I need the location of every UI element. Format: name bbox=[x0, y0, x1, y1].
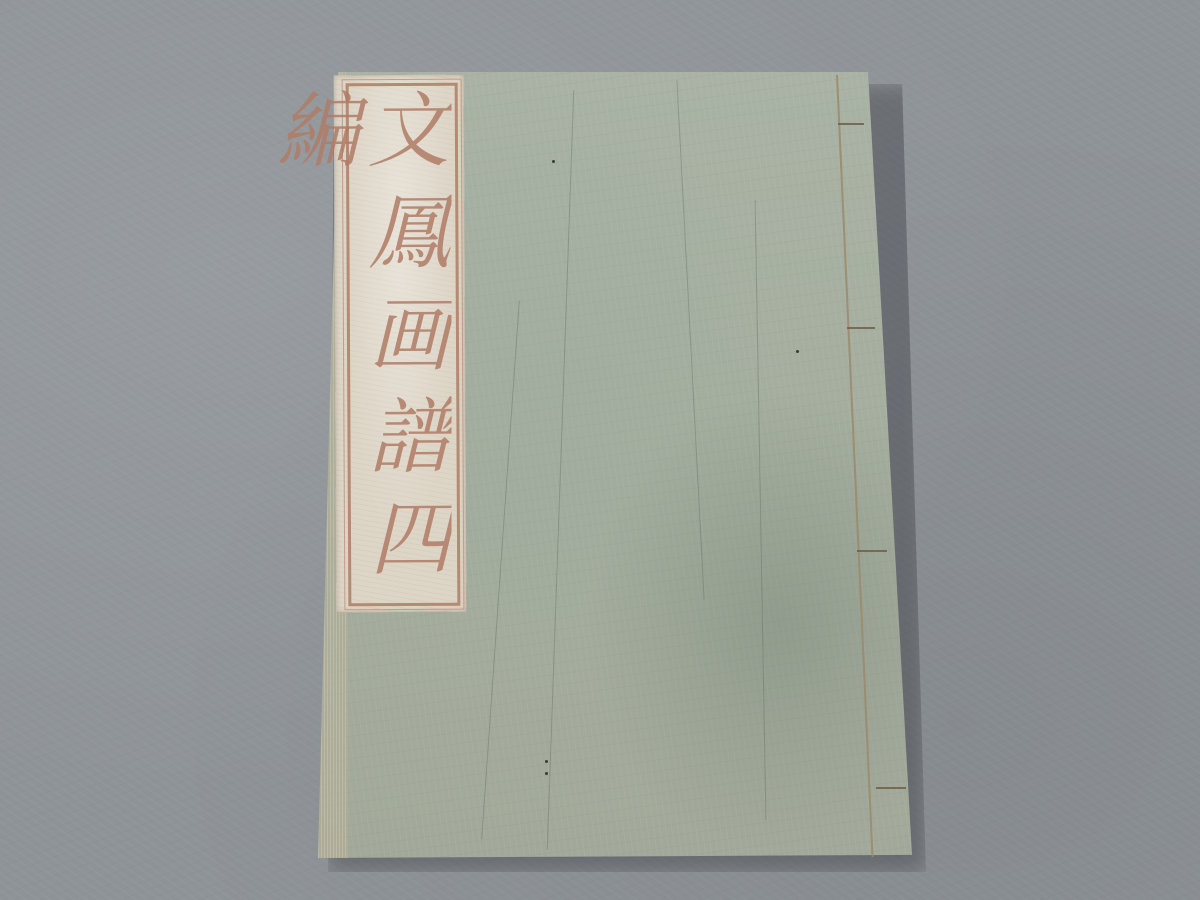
cover-speck bbox=[545, 760, 548, 763]
book-title: 文鳳画譜四編 bbox=[356, 87, 449, 612]
binding-stitch bbox=[876, 787, 906, 789]
cover-speck bbox=[796, 350, 799, 353]
cover-speck bbox=[545, 772, 548, 775]
title-slip: 文鳳画譜四編 bbox=[334, 75, 467, 613]
cover-speck bbox=[552, 160, 555, 163]
binding-stitch bbox=[838, 123, 864, 125]
binding-stitch bbox=[857, 550, 887, 552]
binding-stitch bbox=[847, 327, 875, 329]
